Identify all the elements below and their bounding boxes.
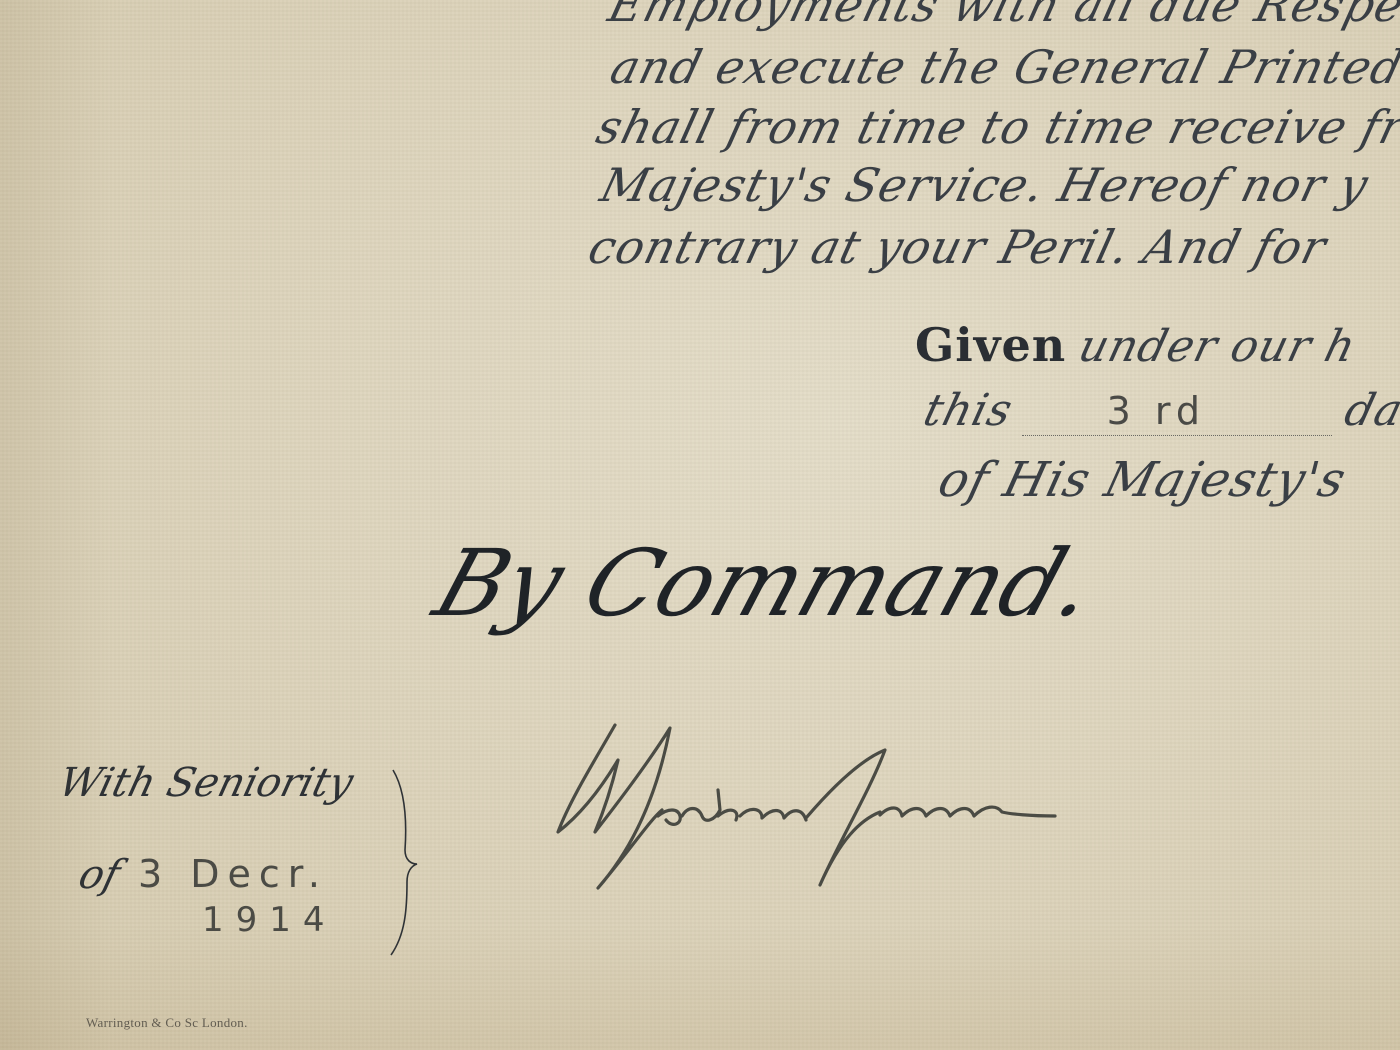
brace-icon — [385, 760, 425, 960]
body-line: shall from time to time receive fr — [591, 100, 1400, 154]
date-line: this 3 rd da — [925, 385, 1400, 436]
this-label: this — [919, 385, 1018, 436]
day-label: da — [1339, 385, 1400, 436]
day-handwritten: 3 rd — [1107, 389, 1206, 433]
body-line: contrary at your Peril. And for — [583, 220, 1332, 274]
seniority-handwritten-year: 1914 — [202, 900, 337, 940]
body-line: Majesty's Service. Hereof nor y — [595, 158, 1374, 212]
body-line: and execute the General Printed — [605, 40, 1400, 94]
given-rest-text: under our h — [1074, 321, 1362, 372]
seniority-printed-text: With Seniority — [54, 760, 358, 806]
by-command-heading: By Command. — [423, 530, 1109, 637]
majesty-line: of His Majesty's — [933, 452, 1352, 508]
seniority-of-label: of — [74, 852, 124, 898]
day-fill-field: 3 rd — [1022, 385, 1332, 436]
given-blackletter: Given — [915, 318, 1066, 372]
seniority-handwritten-date: 3 Decr. — [138, 852, 328, 896]
body-line: Employments with all due Respect — [603, 0, 1400, 32]
printer-imprint: Warrington & Co Sc London. — [86, 1015, 248, 1031]
signature — [540, 720, 1140, 910]
given-line: Given under our h — [915, 318, 1355, 372]
seniority-note: With Seniority of 3 Decr. 1914 — [60, 760, 420, 960]
